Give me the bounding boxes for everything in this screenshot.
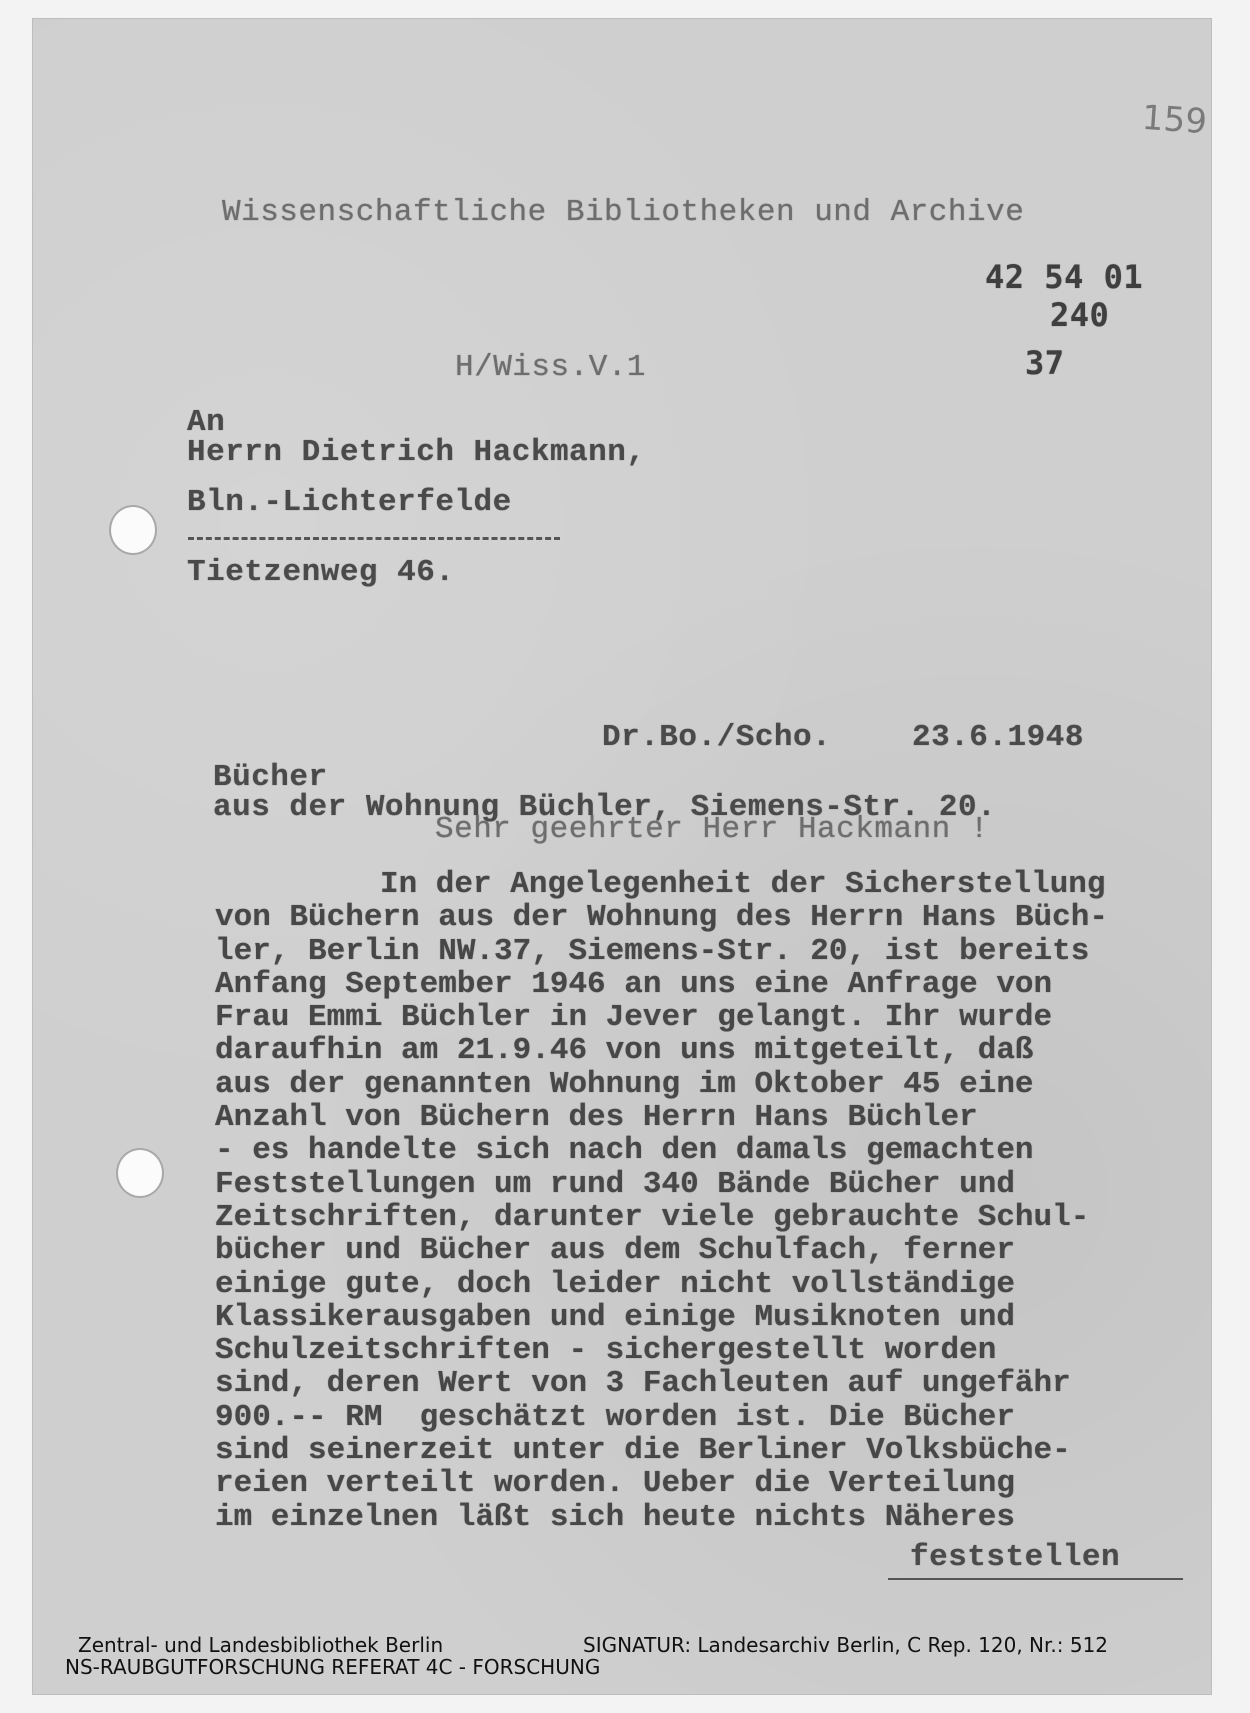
body-line: bücher und Bücher aus dem Schulfach, fer…: [215, 1234, 1205, 1267]
phone-extension-2: 37: [1025, 344, 1065, 382]
continuation-rule: [888, 1578, 1183, 1580]
body-line: aus der genannten Wohnung im Oktober 45 …: [215, 1068, 1205, 1101]
footer-project: NS-RAUBGUTFORSCHUNG REFERAT 4C - FORSCHU…: [65, 1655, 600, 1679]
punch-hole-top: [111, 507, 155, 553]
recipient-city: Bln.-Lichterfelde: [187, 485, 512, 520]
body-line: Schulzeitschriften - sichergestellt word…: [215, 1334, 1205, 1367]
body-line: - es handelte sich nach den damals gemac…: [215, 1134, 1205, 1167]
salutation: Sehr geehrter Herr Hackmann !: [435, 812, 989, 847]
address-divider: [188, 537, 560, 540]
body-line: sind seinerzeit unter die Berliner Volks…: [215, 1434, 1205, 1467]
letter-date: 23.6.1948: [912, 720, 1084, 755]
continuation-word: feststellen: [910, 1540, 1120, 1575]
footer-signatur: SIGNATUR: Landesarchiv Berlin, C Rep. 12…: [583, 1633, 1108, 1657]
body-line: In der Angelegenheit der Sicherstellung: [215, 868, 1205, 901]
reference-code: H/Wiss.V.1: [455, 350, 646, 385]
body-line: ler, Berlin NW.37, Siemens-Str. 20, ist …: [215, 935, 1205, 968]
phone-extension: 240: [1050, 296, 1109, 334]
body-line: einige gute, doch leider nicht vollständ…: [215, 1268, 1205, 1301]
sender-reference: Dr.Bo./Scho.: [602, 720, 831, 755]
body-line: Feststellungen um rund 340 Bände Bücher …: [215, 1168, 1205, 1201]
body-line: Anzahl von Büchern des Herrn Hans Büchle…: [215, 1101, 1205, 1134]
phone-number: 42 54 01: [985, 258, 1143, 296]
body-line: sind, deren Wert von 3 Fachleuten auf un…: [215, 1367, 1205, 1400]
body-line: 900.-- RM geschätzt worden ist. Die Büch…: [215, 1401, 1205, 1434]
recipient-name: Herrn Dietrich Hackmann,: [187, 435, 645, 470]
body-line: Frau Emmi Büchler in Jever gelangt. Ihr …: [215, 1001, 1205, 1034]
body-line: Anfang September 1946 an uns eine Anfrag…: [215, 968, 1205, 1001]
letter-body: In der Angelegenheit der Sicherstellung …: [215, 868, 1205, 1534]
punch-hole-bottom: [118, 1150, 162, 1196]
body-line: Klassikerausgaben und einige Musiknoten …: [215, 1301, 1205, 1334]
body-line: Zeitschriften, darunter viele gebrauchte…: [215, 1201, 1205, 1234]
body-line: im einzelnen läßt sich heute nichts Nähe…: [215, 1501, 1205, 1534]
body-line: von Büchern aus der Wohnung des Herrn Ha…: [215, 901, 1205, 934]
letterhead: Wissenschaftliche Bibliotheken und Archi…: [222, 195, 1024, 230]
body-line: daraufhin am 21.9.46 von uns mitgeteilt,…: [215, 1034, 1205, 1067]
body-line: reien verteilt worden. Ueber die Verteil…: [215, 1467, 1205, 1500]
recipient-street: Tietzenweg 46.: [187, 555, 454, 590]
handwritten-page-number: 159: [1141, 98, 1209, 142]
footer-library: Zentral- und Landesbibliothek Berlin: [78, 1633, 443, 1657]
